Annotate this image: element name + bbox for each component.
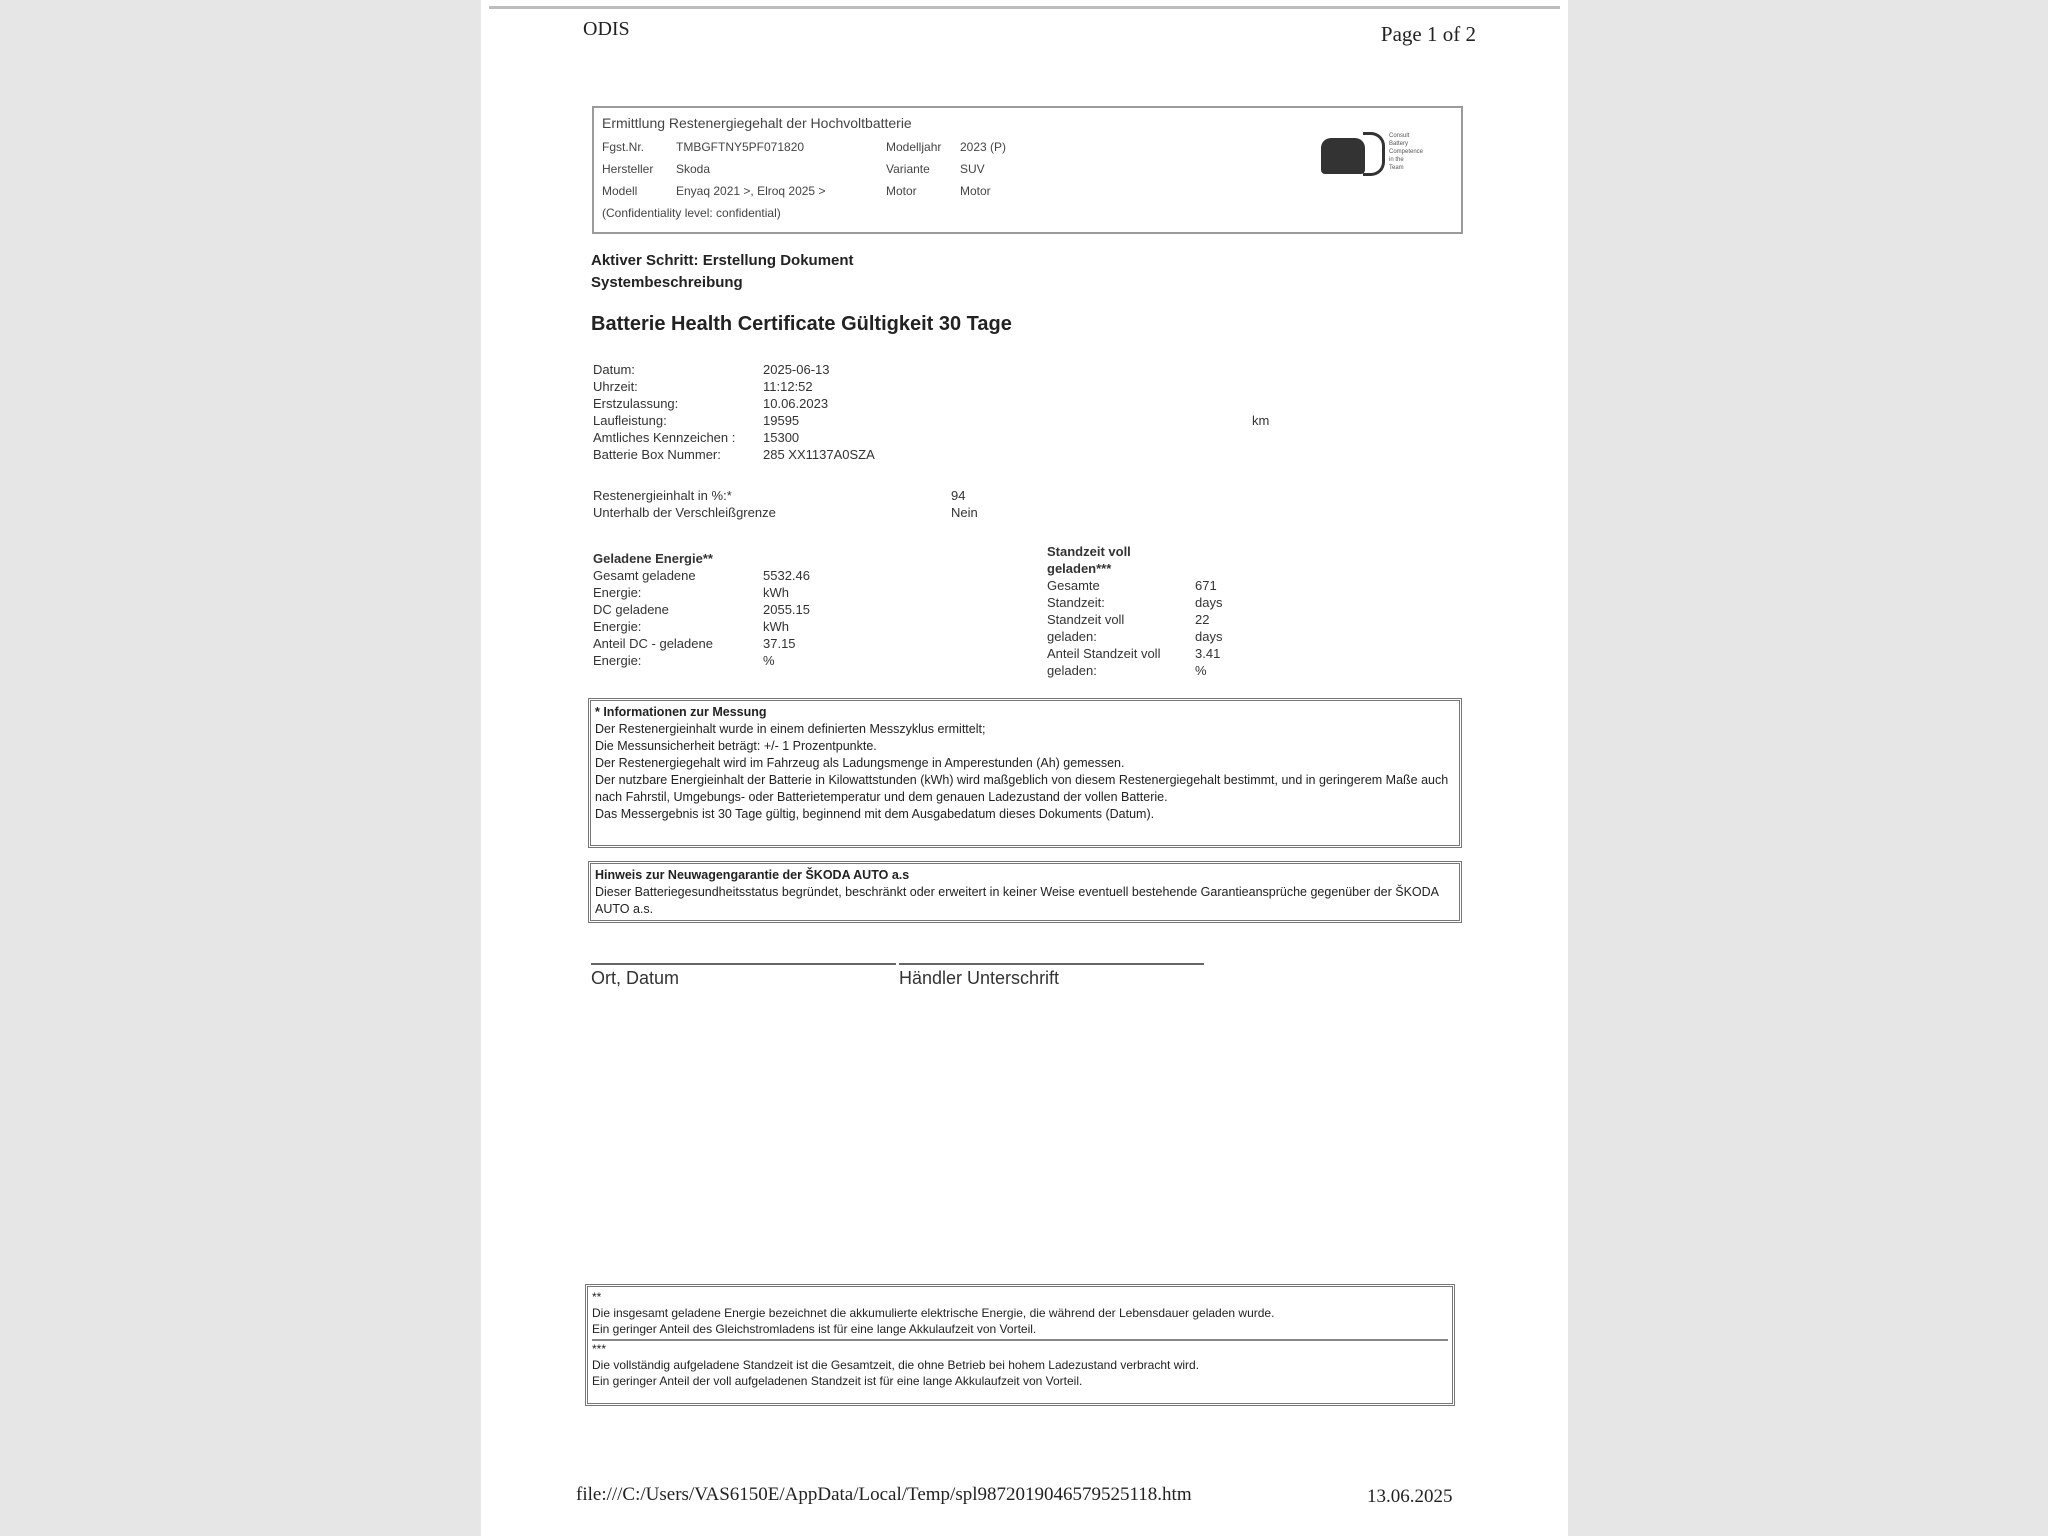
- residual-row: Restenergieinhalt in %:*94: [593, 487, 978, 504]
- row-value: SUV: [960, 162, 985, 176]
- energy-row: Energie:kWh: [593, 618, 810, 635]
- system-description: Systembeschreibung: [591, 274, 743, 291]
- footnote-line: Ein geringer Anteil der voll aufgeladene…: [592, 1373, 1448, 1389]
- detail-row: Uhrzeit:11:12:52: [593, 378, 1293, 395]
- standing-row: Gesamte671: [1047, 577, 1222, 594]
- vehicle-info-box: Ermittlung Restenergiegehalt der Hochvol…: [592, 106, 1463, 234]
- header-app: ODIS: [583, 18, 630, 41]
- detail-row: Batterie Box Nummer:285 XX1137A0SZA: [593, 446, 1293, 463]
- row-label: Modelljahr: [886, 140, 960, 154]
- dealer-signature-label: Händler Unterschrift: [899, 968, 1059, 989]
- row-value: Skoda: [676, 162, 886, 176]
- info-line: Der Restenergieinhalt wurde in einem def…: [595, 721, 1455, 738]
- dealer-signature-line: [899, 963, 1204, 965]
- details-list: Datum:2025-06-13 Uhrzeit:11:12:52 Erstzu…: [593, 361, 1293, 463]
- residual-row: Unterhalb der VerschleißgrenzeNein: [593, 504, 978, 521]
- document-page: ODIS Page 1 of 2 Ermittlung Restenergieg…: [481, 0, 1568, 1536]
- footnote-marker: ***: [592, 1341, 1448, 1357]
- vehicle-row: Fgst.Nr.TMBGFTNY5PF071820Modelljahr2023 …: [602, 140, 1006, 154]
- row-value: 2023 (P): [960, 140, 1006, 154]
- row-label: Hersteller: [602, 162, 676, 176]
- active-step: Aktiver Schritt: Erstellung Dokument: [591, 252, 854, 269]
- info-line: Der nutzbare Energieinhalt der Batterie …: [595, 772, 1455, 806]
- warranty-note-text: Dieser Batteriegesundheitsstatus begründ…: [595, 884, 1455, 918]
- measurement-info-box: * Informationen zur Messung Der Restener…: [588, 698, 1462, 848]
- confidentiality-note: (Confidentiality level: confidential): [602, 206, 781, 220]
- footnote-line: Die vollständig aufgeladene Standzeit is…: [592, 1357, 1448, 1373]
- place-date-label: Ort, Datum: [591, 968, 679, 989]
- footer-file-path: file:///C:/Users/VAS6150E/AppData/Local/…: [576, 1484, 1192, 1506]
- row-label: Motor: [886, 184, 960, 198]
- standing-row: Anteil Standzeit voll3.41: [1047, 645, 1222, 662]
- info-line: Das Messergebnis ist 30 Tage gültig, beg…: [595, 806, 1455, 823]
- mileage-unit: km: [1252, 412, 1269, 429]
- certificate-title: Batterie Health Certificate Gültigkeit 3…: [591, 313, 1012, 336]
- row-value: Motor: [960, 184, 991, 198]
- header-page-number: Page 1 of 2: [1381, 22, 1476, 47]
- residual-energy: Restenergieinhalt in %:*94 Unterhalb der…: [593, 487, 978, 521]
- energy-row: Gesamt geladene5532.46: [593, 567, 810, 584]
- footer-date: 13.06.2025: [1367, 1486, 1453, 1508]
- standing-time-title: Standzeit voll: [1047, 543, 1222, 560]
- standing-time-section: Standzeit voll geladen*** Gesamte671 Sta…: [1047, 543, 1222, 679]
- row-label: Modell: [602, 184, 676, 198]
- warranty-note-title: Hinweis zur Neuwagengarantie der ŠKODA A…: [595, 867, 1455, 884]
- standing-row: Standzeit:days: [1047, 594, 1222, 611]
- vehicle-row: HerstellerSkodaVarianteSUV: [602, 162, 985, 176]
- row-label: Fgst.Nr.: [602, 140, 676, 154]
- row-value: Enyaq 2021 >, Elroq 2025 >: [676, 184, 886, 198]
- detail-row: Amtliches Kennzeichen :15300: [593, 429, 1293, 446]
- car-battery-charging-icon: ConsultBatteryCompetencein theTeam: [1321, 130, 1421, 180]
- info-line: Die Messunsicherheit beträgt: +/- 1 Proz…: [595, 738, 1455, 755]
- charged-energy-title: Geladene Energie**: [593, 550, 810, 567]
- footnote-marker: **: [592, 1289, 1448, 1305]
- car-icon: [1321, 138, 1365, 174]
- row-label: Variante: [886, 162, 960, 176]
- standing-time-title: geladen***: [1047, 560, 1222, 577]
- standing-row: geladen:days: [1047, 628, 1222, 645]
- footnotes-box: ** Die insgesamt geladene Energie bezeic…: [585, 1284, 1455, 1406]
- footnote-line: Die insgesamt geladene Energie bezeichne…: [592, 1305, 1448, 1321]
- row-value: TMBGFTNY5PF071820: [676, 140, 886, 154]
- detail-row: Erstzulassung:10.06.2023: [593, 395, 1293, 412]
- detail-row: Laufleistung:19595km: [593, 412, 1293, 429]
- energy-row: DC geladene2055.15: [593, 601, 810, 618]
- energy-row: Energie:kWh: [593, 584, 810, 601]
- standing-row: geladen:%: [1047, 662, 1222, 679]
- vehicle-box-title: Ermittlung Restenergiegehalt der Hochvol…: [602, 115, 912, 131]
- cable-icon: [1363, 132, 1385, 176]
- warranty-note-box: Hinweis zur Neuwagengarantie der ŠKODA A…: [588, 861, 1462, 923]
- standing-row: Standzeit voll22: [1047, 611, 1222, 628]
- logo-text: ConsultBatteryCompetencein theTeam: [1389, 132, 1423, 172]
- top-rule: [489, 6, 1560, 9]
- place-date-line: [591, 963, 896, 965]
- energy-row: Energie:%: [593, 652, 810, 669]
- measurement-info-title: * Informationen zur Messung: [595, 704, 1455, 721]
- charged-energy-section: Geladene Energie** Gesamt geladene5532.4…: [593, 550, 810, 669]
- detail-row: Datum:2025-06-13: [593, 361, 1293, 378]
- vehicle-row: ModellEnyaq 2021 >, Elroq 2025 >MotorMot…: [602, 184, 991, 198]
- energy-row: Anteil DC - geladene37.15: [593, 635, 810, 652]
- info-line: Der Restenergiegehalt wird im Fahrzeug a…: [595, 755, 1455, 772]
- footnote-line: Ein geringer Anteil des Gleichstromladen…: [592, 1321, 1448, 1341]
